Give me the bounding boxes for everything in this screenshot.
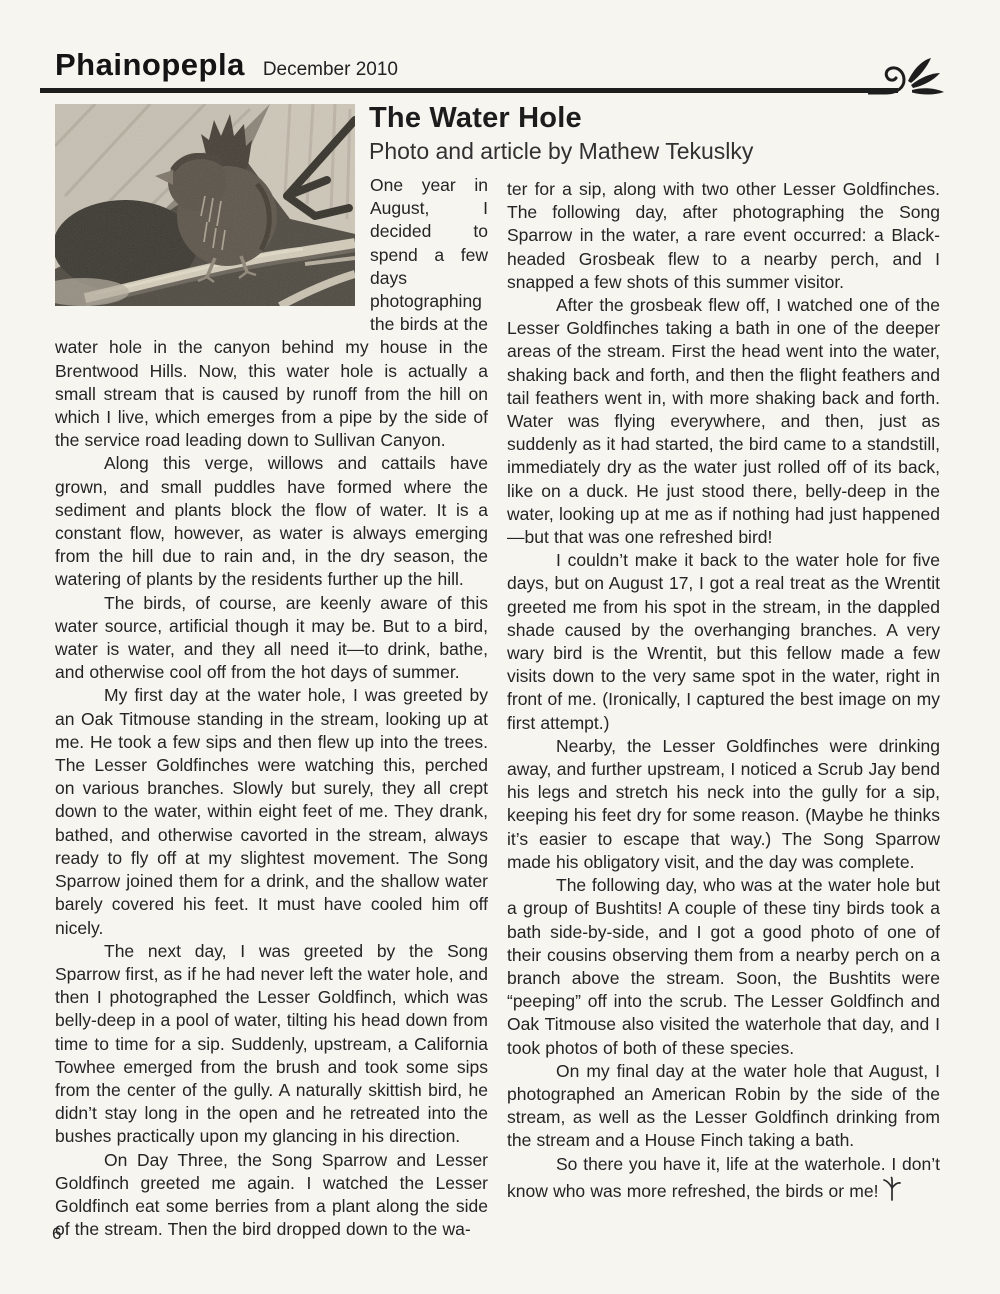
newsletter-title: Phainopepla: [55, 47, 245, 83]
leaf-flourish-icon: [868, 55, 946, 97]
paragraph: After the grosbeak flew off, I watched o…: [507, 294, 940, 549]
article-header: The Water Hole Photo and article by Math…: [369, 102, 753, 165]
paragraph: So there you have it, life at the waterh…: [507, 1153, 940, 1203]
paragraph: The following day, who was at the water …: [507, 874, 940, 1060]
paragraph: Along this verge, willows and cattails h…: [55, 452, 488, 591]
paragraph-text: So there you have it, life at the waterh…: [507, 1154, 940, 1201]
article-title: The Water Hole: [369, 102, 753, 135]
masthead-divider: [40, 88, 940, 93]
left-column: One year in August, I decided to spend a…: [55, 102, 488, 1241]
masthead: Phainopepla December 2010: [55, 47, 940, 83]
bird-footprint-icon: [882, 1176, 902, 1202]
paragraph: The birds, of course, are keenly aware o…: [55, 592, 488, 685]
paragraph: My first day at the water hole, I was gr…: [55, 684, 488, 939]
paragraph: On Day Three, the Song Sparrow and Lesse…: [55, 1149, 488, 1242]
newsletter-page: Phainopepla December 2010 The Water Hole…: [0, 0, 1000, 1294]
paragraph: I couldn’t make it back to the water hol…: [507, 549, 940, 735]
article-columns: One year in August, I decided to spend a…: [55, 102, 940, 1241]
article: The Water Hole Photo and article by Math…: [55, 102, 940, 1241]
divider-rule: [40, 88, 898, 93]
paragraph: Nearby, the Lesser Goldfinches were drin…: [507, 735, 940, 874]
right-column: ter for a sip, along with two other Less…: [507, 102, 940, 1241]
paragraph: ter for a sip, along with two other Less…: [507, 178, 940, 294]
paragraph: The next day, I was greeted by the Song …: [55, 940, 488, 1149]
wrentit-photo-illustration: [55, 104, 355, 306]
page-number: 6: [52, 1224, 61, 1244]
paragraph: On my final day at the water hole that A…: [507, 1060, 940, 1153]
issue-date: December 2010: [263, 59, 398, 81]
article-photo: [55, 104, 355, 306]
article-byline: Photo and article by Mathew Tekuslky: [369, 138, 753, 165]
